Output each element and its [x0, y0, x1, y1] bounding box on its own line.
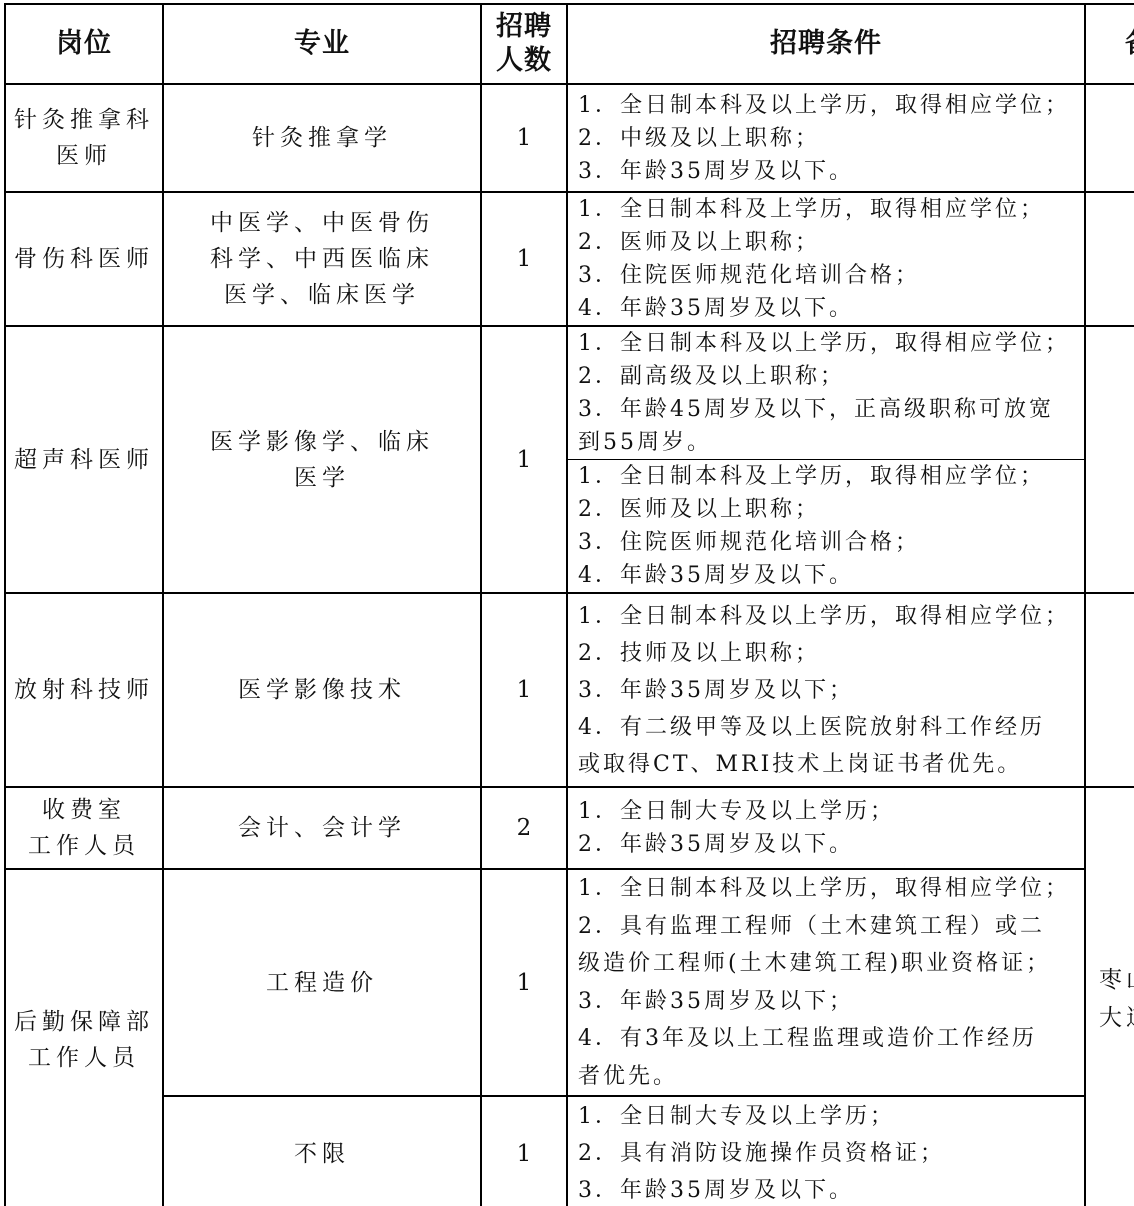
remarks-cell [1085, 593, 1134, 787]
header-count-line2: 人数 [482, 44, 566, 78]
conditions-cell: 1．全日制本科及以上学历，取得相应学位； 2．技师及以上职称； 3．年龄35周岁… [567, 593, 1085, 787]
condition-line: 3．年龄35周岁及以下； [578, 983, 1078, 1021]
count-cell: 1 [481, 326, 567, 593]
major-cell: 医学影像学、临床 医学 [163, 326, 481, 593]
position-line: 针灸推拿科 [14, 102, 154, 138]
table-row: 超声科医师 医学影像学、临床 医学 1 1．全日制本科及以上学历，取得相应学位；… [5, 326, 1134, 460]
condition-line: 1．全日制本科及以上学历，取得相应学位； [578, 327, 1078, 360]
remark-line: 大道工作 [1096, 999, 1134, 1037]
conditions-cell: 1．全日制本科及以上学历，取得相应学位； 2．中级及以上职称； 3．年龄35周岁… [567, 84, 1085, 192]
position-cell: 超声科医师 [5, 326, 163, 593]
condition-line: 4．年龄35周岁及以下。 [578, 292, 1078, 325]
count-cell: 2 [481, 787, 567, 869]
condition-line: 1．全日制大专及以上学历； [578, 1098, 1078, 1135]
major-line: 工程造价 [172, 965, 472, 1001]
count-cell: 1 [481, 192, 567, 326]
position-line: 工作人员 [14, 828, 154, 864]
table-row: 针灸推拿科 医师 针灸推拿学 1 1．全日制本科及以上学历，取得相应学位； 2．… [5, 84, 1134, 192]
remarks-cell [1085, 84, 1134, 192]
conditions-cell: 1．全日制大专及以上学历； 2．具有消防设施操作员资格证； 3．年龄35周岁及以… [567, 1096, 1085, 1206]
major-line: 科学、中西医临床 [172, 241, 472, 277]
condition-line: 到55周岁。 [578, 426, 1078, 459]
condition-line: 3．年龄45周岁及以下，正高级职称可放宽 [578, 393, 1078, 426]
condition-line: 3．住院医师规范化培训合格； [578, 259, 1078, 292]
major-line: 医学、临床医学 [172, 277, 472, 313]
header-count-line1: 招聘 [482, 10, 566, 44]
major-line: 医学 [172, 460, 472, 496]
conditions-cell: 1．全日制大专及以上学历； 2．年龄35周岁及以下。 [567, 787, 1085, 869]
position-cell: 针灸推拿科 医师 [5, 84, 163, 192]
condition-line: 4．有3年及以上工程监理或造价工作经历 [578, 1020, 1078, 1058]
table-row: 骨伤科医师 中医学、中医骨伤 科学、中西医临床 医学、临床医学 1 1．全日制本… [5, 192, 1134, 326]
condition-line: 3．年龄35周岁及以下； [578, 672, 1078, 709]
position-line: 工作人员 [14, 1040, 154, 1076]
position-line: 收费室 [14, 792, 154, 828]
condition-line: 1．全日制本科及以上学历，取得相应学位； [578, 870, 1078, 908]
header-row: 岗位 专业 招聘 人数 招聘条件 备注 [5, 4, 1134, 84]
conditions-cell: 1．全日制本科及上学历，取得相应学位； 2．医师及以上职称； 3．住院医师规范化… [567, 460, 1085, 594]
position-cell: 收费室 工作人员 [5, 787, 163, 869]
condition-line: 2．中级及以上职称； [578, 122, 1078, 155]
condition-line: 2．具有消防设施操作员资格证； [578, 1135, 1078, 1172]
remarks-cell [1085, 192, 1134, 326]
position-line: 医师 [14, 138, 154, 174]
major-cell: 中医学、中医骨伤 科学、中西医临床 医学、临床医学 [163, 192, 481, 326]
condition-line: 级造价工程师(土木建筑工程)职业资格证； [578, 945, 1078, 983]
major-line: 会计、会计学 [172, 810, 472, 846]
position-cell: 放射科技师 [5, 593, 163, 787]
major-cell: 针灸推拿学 [163, 84, 481, 192]
header-major: 专业 [163, 4, 481, 84]
major-line: 医学影像学、临床 [172, 424, 472, 460]
recruitment-table: 岗位 专业 招聘 人数 招聘条件 备注 针灸推拿科 医师 针灸推拿学 1 1．全… [4, 3, 1134, 1206]
major-line: 针灸推拿学 [172, 120, 472, 156]
position-cell: 骨伤科医师 [5, 192, 163, 326]
remarks-cell [1085, 326, 1134, 593]
condition-line: 1．全日制大专及以上学历； [578, 795, 1078, 828]
shared-remarks-cell: 枣山火山 大道工作 [1085, 787, 1134, 1206]
count-cell: 1 [481, 869, 567, 1096]
count-cell: 1 [481, 1096, 567, 1206]
condition-line: 者优先。 [578, 1058, 1078, 1096]
header-count: 招聘 人数 [481, 4, 567, 84]
condition-line: 2．副高级及以上职称； [578, 360, 1078, 393]
condition-line: 1．全日制本科及上学历，取得相应学位； [578, 460, 1078, 493]
condition-line: 1．全日制本科及以上学历，取得相应学位； [578, 89, 1078, 122]
count-cell: 1 [481, 84, 567, 192]
conditions-cell: 1．全日制本科及以上学历，取得相应学位； 2．副高级及以上职称； 3．年龄45周… [567, 326, 1085, 460]
conditions-cell: 1．全日制本科及上学历，取得相应学位； 2．医师及以上职称； 3．住院医师规范化… [567, 192, 1085, 326]
header-position: 岗位 [5, 4, 163, 84]
table-row: 后勤保障部 工作人员 工程造价 1 1．全日制本科及以上学历，取得相应学位； 2… [5, 869, 1134, 1096]
condition-line: 1．全日制本科及上学历，取得相应学位； [578, 193, 1078, 226]
header-conditions: 招聘条件 [567, 4, 1085, 84]
major-line: 医学影像技术 [172, 672, 472, 708]
major-cell: 医学影像技术 [163, 593, 481, 787]
position-line: 后勤保障部 [14, 1004, 154, 1040]
header-remarks: 备注 [1085, 4, 1134, 84]
condition-line: 3．住院医师规范化培训合格； [578, 526, 1078, 559]
condition-line: 2．医师及以上职称； [578, 226, 1078, 259]
position-line: 放射科技师 [14, 672, 154, 708]
condition-line: 1．全日制本科及以上学历，取得相应学位； [578, 598, 1078, 635]
major-cell: 不限 [163, 1096, 481, 1206]
major-cell: 工程造价 [163, 869, 481, 1096]
condition-line: 或取得CT、MRI技术上岗证书者优先。 [578, 746, 1078, 783]
table-row: 收费室 工作人员 会计、会计学 2 1．全日制大专及以上学历； 2．年龄35周岁… [5, 787, 1134, 869]
table-row: 放射科技师 医学影像技术 1 1．全日制本科及以上学历，取得相应学位； 2．技师… [5, 593, 1134, 787]
condition-line: 4．年龄35周岁及以下。 [578, 559, 1078, 592]
condition-line: 2．技师及以上职称； [578, 635, 1078, 672]
position-cell: 后勤保障部 工作人员 [5, 869, 163, 1206]
major-line: 不限 [172, 1136, 472, 1172]
position-line: 骨伤科医师 [14, 241, 154, 277]
conditions-cell: 1．全日制本科及以上学历，取得相应学位； 2．具有监理工程师（土木建筑工程）或二… [567, 869, 1085, 1096]
table-row: 不限 1 1．全日制大专及以上学历； 2．具有消防设施操作员资格证； 3．年龄3… [5, 1096, 1134, 1206]
position-line: 超声科医师 [14, 442, 154, 478]
condition-line: 2．具有监理工程师（土木建筑工程）或二 [578, 908, 1078, 946]
remark-line: 枣山火山 [1096, 961, 1134, 999]
major-cell: 会计、会计学 [163, 787, 481, 869]
condition-line: 3．年龄35周岁及以下。 [578, 1172, 1078, 1206]
condition-line: 4．有二级甲等及以上医院放射科工作经历 [578, 709, 1078, 746]
condition-line: 2．医师及以上职称； [578, 493, 1078, 526]
condition-line: 2．年龄35周岁及以下。 [578, 828, 1078, 861]
major-line: 中医学、中医骨伤 [172, 205, 472, 241]
condition-line: 3．年龄35周岁及以下。 [578, 155, 1078, 188]
count-cell: 1 [481, 593, 567, 787]
